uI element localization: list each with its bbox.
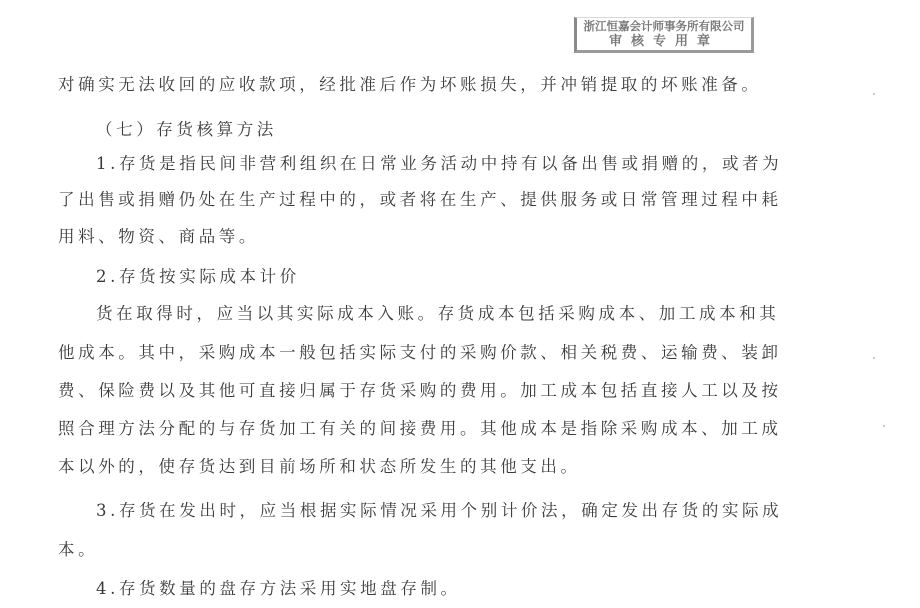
- section-heading: （七）存货核算方法: [96, 116, 277, 140]
- paragraph-line: 了出售或捐赠仍处在生产过程中的，或者将在生产、提供服务或日常管理过程中耗: [58, 186, 782, 210]
- document-page: 浙江恒嘉会计师事务所有限公司 审核专用章 对确实无法收回的应收款项，经批准后作为…: [0, 0, 920, 608]
- stamp-firm-name: 浙江恒嘉会计师事务所有限公司: [577, 19, 751, 34]
- stamp-purpose: 审核专用章: [577, 34, 751, 50]
- paragraph-line: 本。: [58, 536, 98, 560]
- scan-speck: [873, 357, 875, 359]
- paragraph-line: 1.存货是指民间非营利组织在日常业务活动中持有以备出售或捐赠的，或者为: [96, 150, 782, 174]
- paragraph-line: 3.存货在发出时，应当根据实际情况采用个别计价法，确定发出存货的实际成: [96, 497, 782, 521]
- paragraph-line: 费、保险费以及其他可直接归属于存货采购的费用。加工成本包括直接人工以及按: [58, 377, 782, 401]
- paragraph-line: 照合理方法分配的与存货加工有关的间接费用。其他成本是指除采购成本、加工成: [58, 415, 782, 439]
- scan-speck: [883, 425, 885, 427]
- paragraph-line: 本以外的，使存货达到目前场所和状态所发生的其他支出。: [58, 453, 581, 477]
- paragraph-line: 用料、物资、商品等。: [58, 223, 259, 247]
- paragraph-line: 对确实无法收回的应收款项，经批准后作为坏账损失，并冲销提取的坏账准备。: [58, 71, 762, 95]
- scan-speck: [873, 93, 875, 95]
- paragraph-line: 4.存货数量的盘存方法采用实地盘存制。: [96, 575, 461, 599]
- subsection-heading: 2.存货按实际成本计价: [96, 263, 300, 287]
- paragraph-line: 货在取得时，应当以其实际成本入账。存货成本包括采购成本、加工成本和其: [96, 300, 779, 324]
- paragraph-line: 他成本。其中，采购成本一般包括实际支付的采购价款、相关税费、运输费、装卸: [58, 339, 782, 363]
- audit-stamp: 浙江恒嘉会计师事务所有限公司 审核专用章: [574, 17, 754, 53]
